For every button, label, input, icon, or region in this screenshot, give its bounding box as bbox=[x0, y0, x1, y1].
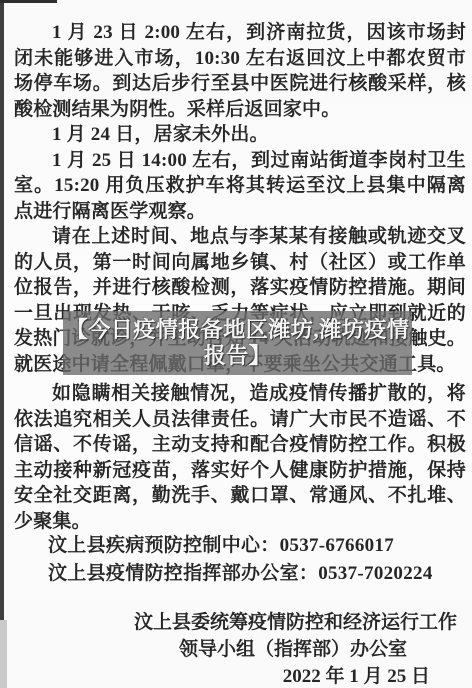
cdc-phone-line: 汶上县疾病预防控制中心：0537-6766017 bbox=[48, 532, 433, 560]
signature-block: 汶上县委统筹疫情防控和经济运行工作 领导小组（指挥部）办公室 2022 年 1 … bbox=[0, 609, 472, 688]
watermark-overlay: 【今日疫情报备地区潍坊,潍坊疫情 报告】 bbox=[63, 311, 412, 375]
scan-artifact-left-strip-dark bbox=[0, 3, 4, 620]
paragraph-jan24-stay-home: 1 月 24 日，居家未外出。 bbox=[14, 122, 466, 148]
paragraph-legal-warning: 如隐瞒相关接触情况，造成疫情传播扩散的，将依法追究相关人员法律责任。请广大市民不… bbox=[14, 381, 466, 534]
paragraph-jan23-itinerary: 1 月 23 日 2:00 左右，到济南拉货，因该市场封闭未能够进入市场，10:… bbox=[14, 20, 466, 122]
scanned-notice-page: 1 月 23 日 2:00 左右，到济南拉货，因该市场封闭未能够进入市场，10:… bbox=[0, 0, 472, 688]
signature-date: 2022 年 1 月 25 日 bbox=[0, 663, 472, 688]
watermark-text-line-2: 报告】 bbox=[204, 343, 272, 369]
watermark-text-line-1: 【今日疫情报备地区潍坊,潍坊疫情 bbox=[66, 317, 410, 343]
notice-body: 1 月 23 日 2:00 左右，到济南拉货，因该市场封闭未能够进入市场，10:… bbox=[14, 20, 466, 534]
signature-org-line-1: 汶上县委统筹疫情防控和经济运行工作 bbox=[0, 609, 472, 636]
scan-artifact-top-bar bbox=[0, 0, 57, 3]
command-office-phone-line: 汶上县疫情防控指挥部办公室：0537-7020224 bbox=[48, 560, 433, 588]
paragraph-jan25-transfer: 1 月 25 日 14:00 左右，到过南站街道李岗村卫生室。15:20 用负压… bbox=[14, 148, 466, 225]
contact-phone-block: 汶上县疾病预防控制中心：0537-6766017 汶上县疫情防控指挥部办公室：0… bbox=[48, 532, 433, 588]
signature-org-line-2: 领导小组（指挥部）办公室 bbox=[0, 636, 472, 663]
